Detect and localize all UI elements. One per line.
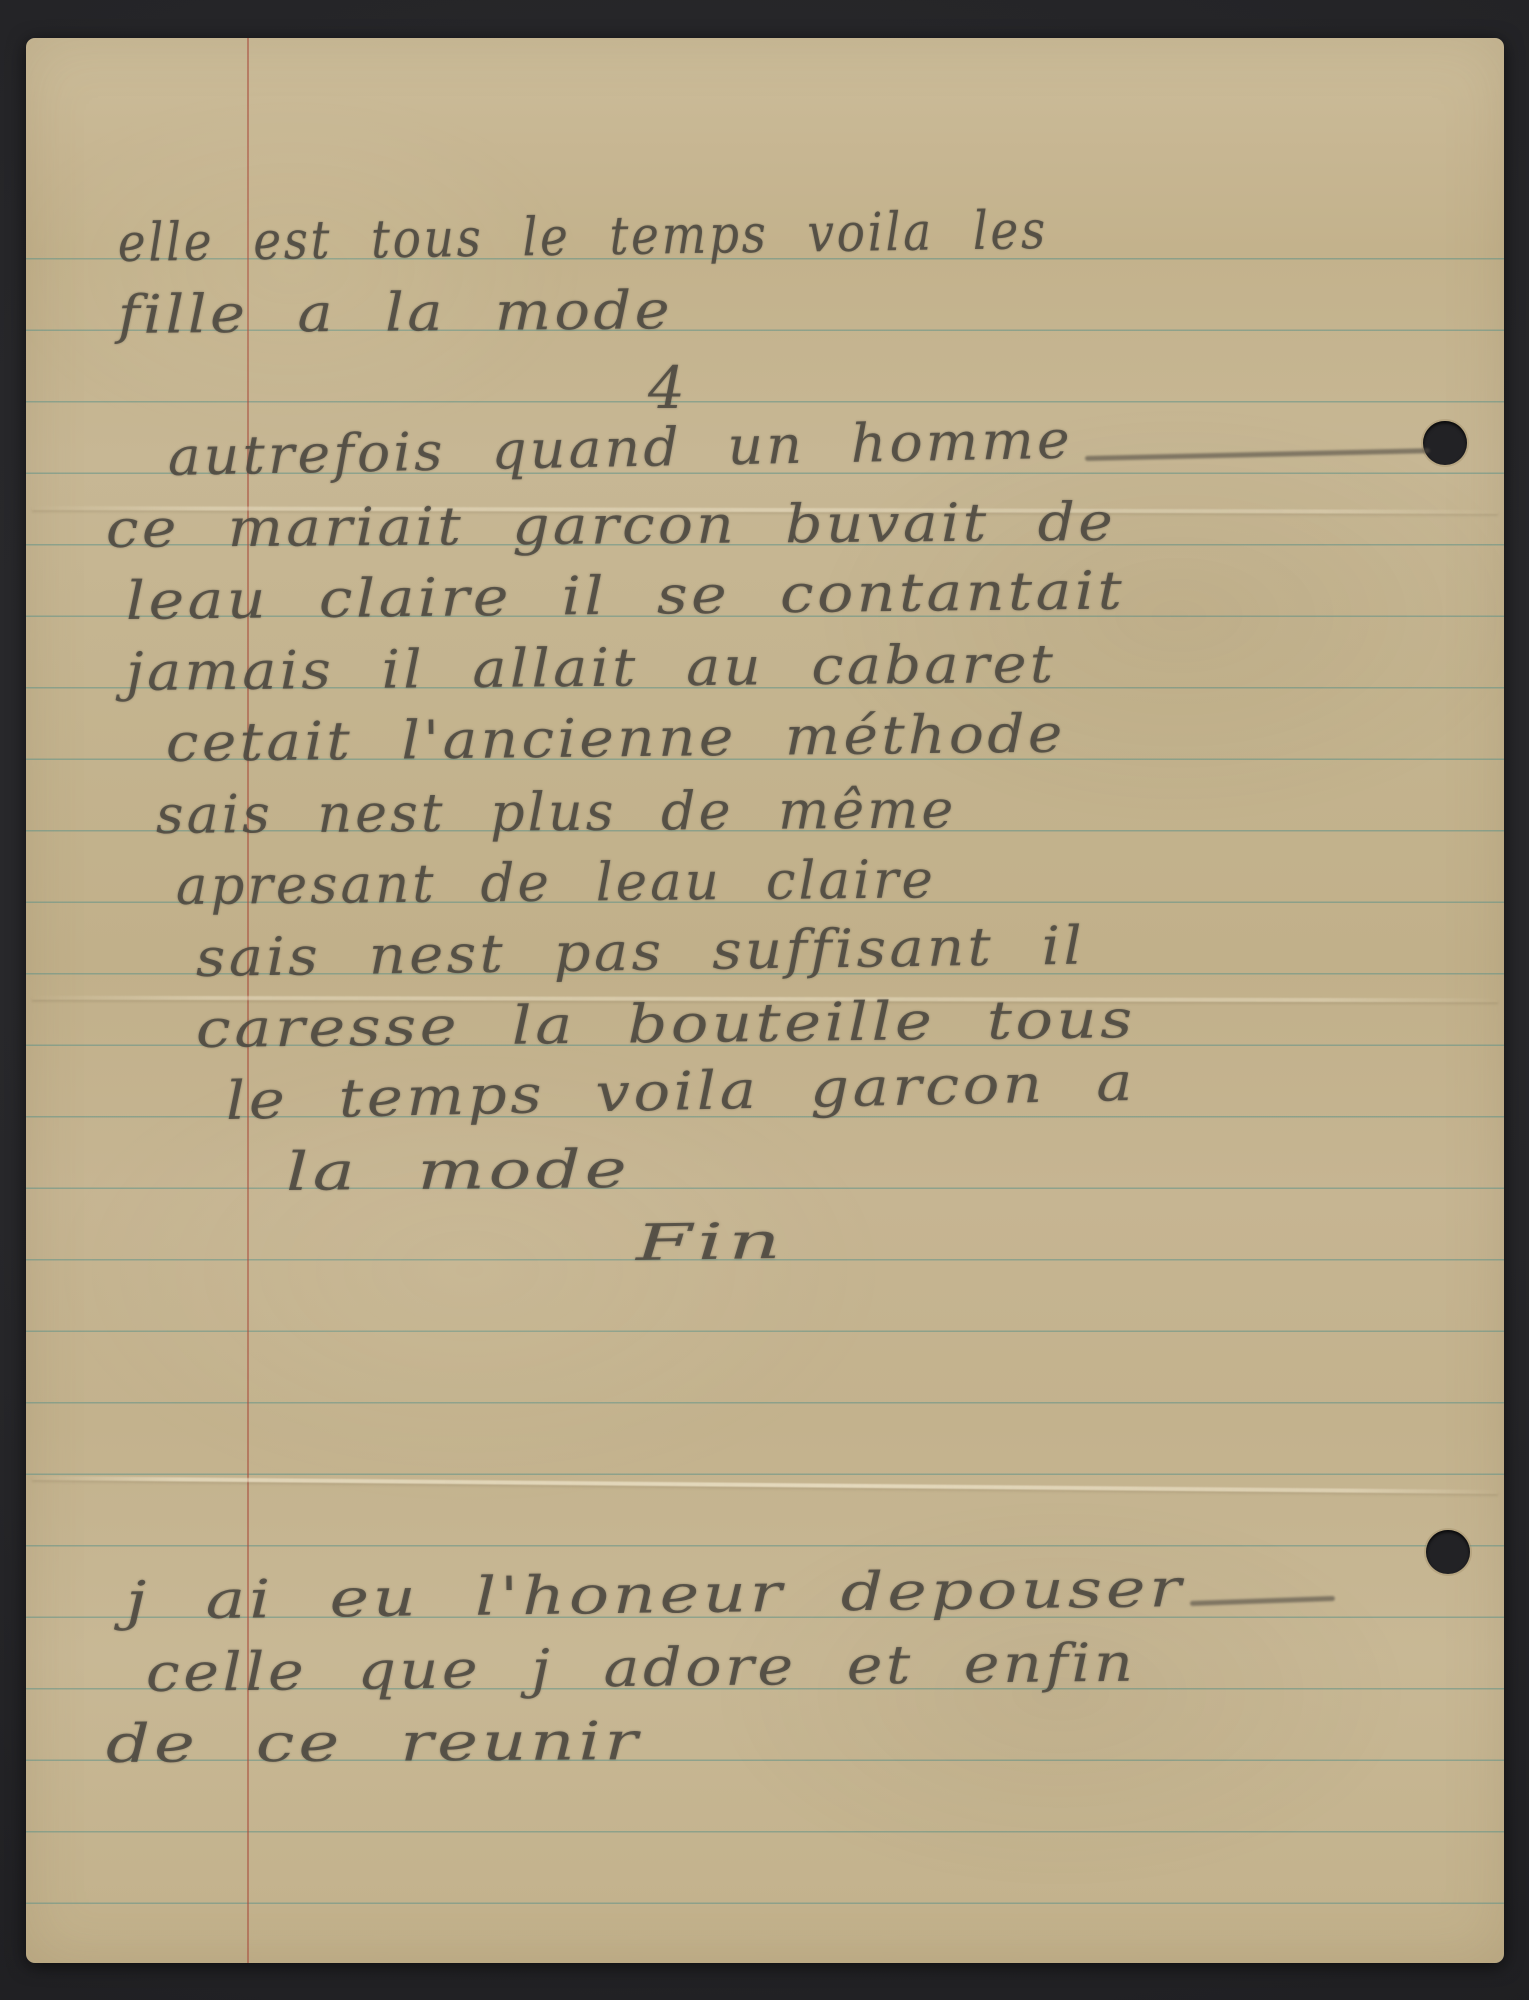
punch-hole xyxy=(1426,1530,1470,1574)
handwritten-line: j ai eu l'honeur depouser xyxy=(126,1562,1186,1628)
handwritten-line: caresse la bouteille tous xyxy=(196,993,1136,1056)
handwritten-line: fille a la mode xyxy=(118,284,674,342)
handwritten-line: sais nest pas suffisant il xyxy=(195,919,1085,984)
handwritten-line: celle que j adore et enfin xyxy=(146,1636,1137,1699)
handwritten-line: autrefois quand un homme xyxy=(167,413,1073,483)
fin-mark: Fin xyxy=(635,1216,785,1268)
punch-hole xyxy=(1423,421,1467,465)
handwritten-line: sais nest plus de même xyxy=(156,783,957,842)
scanned-letter-screenshot: { "document": { "kind": "handwritten let… xyxy=(0,0,1529,2000)
handwritten-line: jamais il allait au cabaret xyxy=(126,638,1057,699)
handwritten-line: ce mariait garcon buvait de xyxy=(106,496,1116,556)
handwritten-line: apresant de leau claire xyxy=(176,853,936,913)
handwritten-line: cetait l'ancienne méthode xyxy=(166,707,1066,769)
handwritten-line: elle est tous le temps voila les xyxy=(117,204,1048,270)
handwritten-line: la mode xyxy=(286,1143,631,1199)
stanza-number: 4 xyxy=(648,359,688,417)
handwritten-line: leau claire il se contantait xyxy=(126,564,1126,627)
handwritten-line: de ce reunir xyxy=(106,1715,642,1771)
